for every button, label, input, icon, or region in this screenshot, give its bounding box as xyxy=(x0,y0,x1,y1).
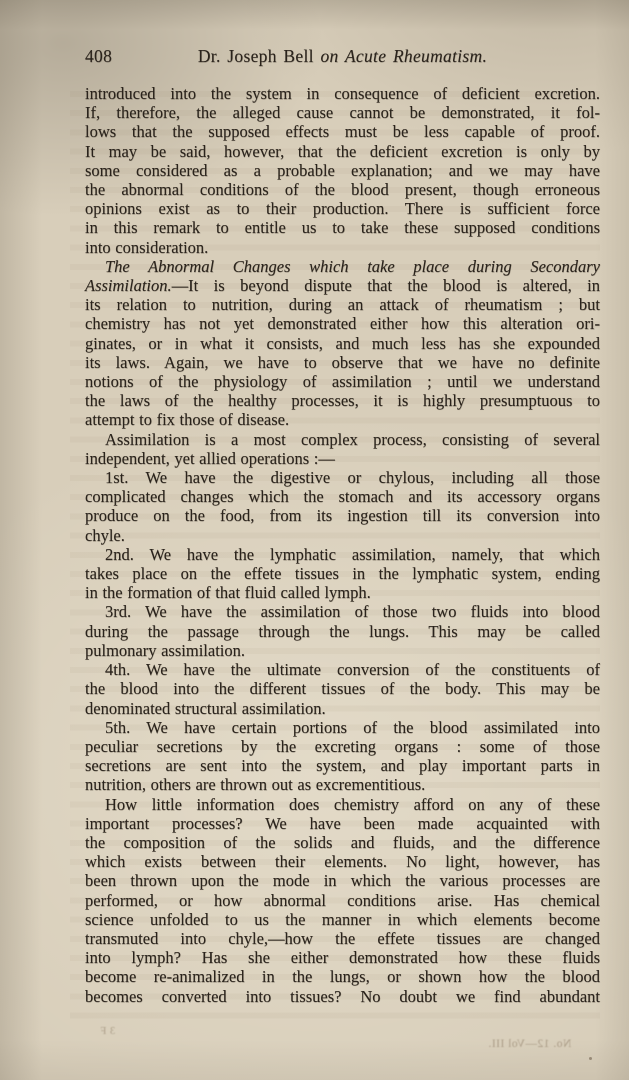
text-segment: opinions exist as to their production. T… xyxy=(85,199,600,218)
text-line: attempt to fix those of disease. xyxy=(85,410,600,429)
text-line: become re-animalized in the lungs, or sh… xyxy=(85,967,600,986)
text-line: 2nd. We have the lymphatic assimilation,… xyxy=(85,545,600,564)
text-segment: in this remark to entitle us to take the… xyxy=(85,218,600,237)
text-segment: in the formation of that fluid called ly… xyxy=(85,583,371,602)
running-header: 408 Dr. Joseph Bell on Acute Rheumatism. xyxy=(85,46,600,70)
text-line: If, therefore, the alleged cause cannot … xyxy=(85,103,600,122)
text-segment: —It is beyond dispute that the blood is … xyxy=(172,276,600,295)
text-segment: attempt to fix those of disease. xyxy=(85,410,289,429)
text-line: nutrition, others are thrown out as excr… xyxy=(85,775,600,794)
text-segment: important processes? We have been made a… xyxy=(85,814,600,833)
text-segment: 4th. We have the ultimate conversion of … xyxy=(105,660,600,679)
text-line: denominated structural assimilation. xyxy=(85,699,600,718)
text-segment: If, therefore, the alleged cause cannot … xyxy=(85,103,600,122)
text-segment: becomes converted into tissues? No doubt… xyxy=(85,987,600,1006)
header-author: Dr. Joseph Bell xyxy=(198,46,321,66)
text-segment: its relation to nutrition, during an att… xyxy=(85,295,600,314)
page-body: introduced into the system in consequenc… xyxy=(85,84,600,1006)
italic-text-segment: Assimilation. xyxy=(85,276,172,295)
text-segment: 3rd. We have the assimilation of those t… xyxy=(105,602,600,621)
text-line: chemistry has not yet demonstrated eithe… xyxy=(85,314,600,333)
text-line: becomes converted into tissues? No doubt… xyxy=(85,987,600,1006)
text-line: takes place on the effete tissues in the… xyxy=(85,564,600,583)
text-line: performed, or how abnormal conditions ar… xyxy=(85,891,600,910)
text-segment: the composition of the solids and fluids… xyxy=(85,833,600,852)
text-line: Assimilation is a most complex process, … xyxy=(85,430,600,449)
paragraph: The Abnormal Changes which take place du… xyxy=(85,257,600,430)
text-segment: Assimilation is a most complex process, … xyxy=(105,430,600,449)
text-segment: introduced into the system in consequenc… xyxy=(85,84,600,103)
text-segment: notions of the physiology of assimilatio… xyxy=(85,372,600,391)
text-line: 4th. We have the ultimate conversion of … xyxy=(85,660,600,679)
text-line: opinions exist as to their production. T… xyxy=(85,199,600,218)
text-segment: pulmonary assimilation. xyxy=(85,641,245,660)
text-line: secretions are sent into the system, and… xyxy=(85,756,600,775)
text-line: transmuted into chyle,—how the effete ti… xyxy=(85,929,600,948)
text-segment: ginates, or in what it consists, and muc… xyxy=(85,334,600,353)
text-segment: lows that the supposed effects must be l… xyxy=(85,122,600,141)
text-segment: some considered as a probable explanatio… xyxy=(85,161,600,180)
text-segment: the laws of the healthy processes, it is… xyxy=(85,391,600,410)
text-line: complicated changes which the stomach an… xyxy=(85,487,600,506)
paragraph: 2nd. We have the lymphatic assimilation,… xyxy=(85,545,600,603)
italic-text-segment: The Abnormal Changes which take place du… xyxy=(105,257,600,276)
text-line: been thrown upon the mode in which the v… xyxy=(85,871,600,890)
paragraph: 1st. We have the digestive or chylous, i… xyxy=(85,468,600,545)
paragraph: 4th. We have the ultimate conversion of … xyxy=(85,660,600,718)
text-line: some considered as a probable explanatio… xyxy=(85,161,600,180)
text-line: 3rd. We have the assimilation of those t… xyxy=(85,602,600,621)
text-segment: into lymph? Has she either demonstrated … xyxy=(85,948,600,967)
text-segment: performed, or how abnormal conditions ar… xyxy=(85,891,600,910)
text-segment: which exists between their elements. No … xyxy=(85,852,600,871)
text-line: produce on the food, from its ingestion … xyxy=(85,506,600,525)
text-line: lows that the supposed effects must be l… xyxy=(85,122,600,141)
text-segment: its laws. Again, we have to observe that… xyxy=(85,353,600,372)
text-segment: denominated structural assimilation. xyxy=(85,699,326,718)
paragraph: How little information does chemistry af… xyxy=(85,795,600,1006)
text-segment: the abnormal conditions of the blood pre… xyxy=(85,180,600,199)
text-line: which exists between their elements. No … xyxy=(85,852,600,871)
text-line: its relation to nutrition, during an att… xyxy=(85,295,600,314)
text-segment: the blood into the different tissues of … xyxy=(85,679,600,698)
text-line: pulmonary assimilation. xyxy=(85,641,600,660)
text-segment: chyle. xyxy=(85,526,125,545)
text-line: notions of the physiology of assimilatio… xyxy=(85,372,600,391)
text-segment: produce on the food, from its ingestion … xyxy=(85,506,600,525)
text-line: ginates, or in what it consists, and muc… xyxy=(85,334,600,353)
text-line: independent, yet allied operations :— xyxy=(85,449,600,468)
text-line: chyle. xyxy=(85,526,600,545)
text-segment: 2nd. We have the lymphatic assimilation,… xyxy=(105,545,600,564)
text-segment: secretions are sent into the system, and… xyxy=(85,756,600,775)
text-line: Assimilation.—It is beyond dispute that … xyxy=(85,276,600,295)
text-segment: during the passage through the lungs. Th… xyxy=(85,622,600,641)
text-segment: been thrown upon the mode in which the v… xyxy=(85,871,600,890)
text-segment: peculiar secretions by the excreting org… xyxy=(85,737,600,756)
text-line: introduced into the system in consequenc… xyxy=(85,84,600,103)
text-line: the blood into the different tissues of … xyxy=(85,679,600,698)
text-line: 1st. We have the digestive or chylous, i… xyxy=(85,468,600,487)
show-through-volume-mark: No. 12—Vol III. xyxy=(488,1038,571,1050)
text-segment: It may be said, however, that the defici… xyxy=(85,142,600,161)
paragraph: 3rd. We have the assimilation of those t… xyxy=(85,602,600,660)
text-segment: 5th. We have certain portions of the blo… xyxy=(105,718,600,737)
text-line: It may be said, however, that the defici… xyxy=(85,142,600,161)
show-through-signature-mark: 3 F xyxy=(100,1026,115,1037)
text-line: in this remark to entitle us to take the… xyxy=(85,218,600,237)
text-segment: 1st. We have the digestive or chylous, i… xyxy=(105,468,600,487)
text-segment: complicated changes which the stomach an… xyxy=(85,487,600,506)
text-line: science unfolded to us the manner in whi… xyxy=(85,910,600,929)
text-segment: How little information does chemistry af… xyxy=(105,795,600,814)
header-work-title: on Acute Rheumatism. xyxy=(320,46,487,66)
text-line: its laws. Again, we have to observe that… xyxy=(85,353,600,372)
text-segment: science unfolded to us the manner in whi… xyxy=(85,910,600,929)
text-segment: chemistry has not yet demonstrated eithe… xyxy=(85,314,600,333)
text-segment: nutrition, others are thrown out as excr… xyxy=(85,775,425,794)
paper-speck xyxy=(589,1057,592,1060)
text-line: into lymph? Has she either demonstrated … xyxy=(85,948,600,967)
text-line: important processes? We have been made a… xyxy=(85,814,600,833)
text-line: into consideration. xyxy=(85,238,600,257)
text-segment: become re-animalized in the lungs, or sh… xyxy=(85,967,600,986)
text-line: 5th. We have certain portions of the blo… xyxy=(85,718,600,737)
text-line: the abnormal conditions of the blood pre… xyxy=(85,180,600,199)
text-segment: into consideration. xyxy=(85,238,208,257)
text-line: in the formation of that fluid called ly… xyxy=(85,583,600,602)
paragraph: 5th. We have certain portions of the blo… xyxy=(85,718,600,795)
paragraph: Assimilation is a most complex process, … xyxy=(85,430,600,468)
text-line: during the passage through the lungs. Th… xyxy=(85,622,600,641)
text-segment: independent, yet allied operations :— xyxy=(85,449,335,468)
text-line: peculiar secretions by the excreting org… xyxy=(85,737,600,756)
text-line: the laws of the healthy processes, it is… xyxy=(85,391,600,410)
text-line: The Abnormal Changes which take place du… xyxy=(85,257,600,276)
text-line: How little information does chemistry af… xyxy=(85,795,600,814)
header-title: Dr. Joseph Bell on Acute Rheumatism. xyxy=(85,46,600,67)
text-line: the composition of the solids and fluids… xyxy=(85,833,600,852)
text-segment: transmuted into chyle,—how the effete ti… xyxy=(85,929,600,948)
scanned-book-page: 408 Dr. Joseph Bell on Acute Rheumatism.… xyxy=(0,0,629,1080)
text-segment: takes place on the effete tissues in the… xyxy=(85,564,600,583)
paragraph: introduced into the system in consequenc… xyxy=(85,84,600,257)
